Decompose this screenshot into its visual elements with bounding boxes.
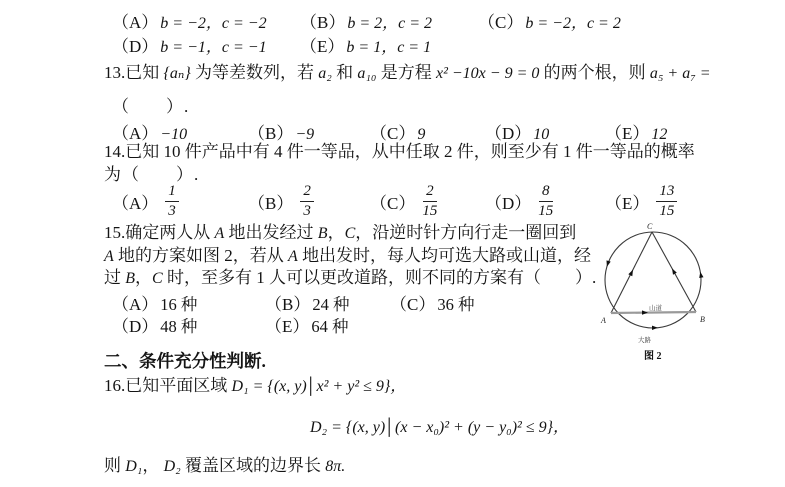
option-value: b = 2，c = 2 xyxy=(347,15,432,32)
vertex-b-label: B xyxy=(700,315,705,324)
stem-text: 确定两人从 xyxy=(125,223,214,242)
question-13-answer-blank: （ ）. xyxy=(112,96,189,118)
stem-text: ， xyxy=(142,456,163,475)
stem-math: A xyxy=(104,248,114,265)
option-label: （D） xyxy=(485,189,531,214)
direction-arrow xyxy=(628,270,633,276)
direction-arrow xyxy=(672,268,677,274)
stem-math: D₁ xyxy=(125,458,142,475)
fraction-denominator: 15 xyxy=(538,202,553,220)
option-label: （A） xyxy=(112,189,158,214)
stem-text: 是方程 xyxy=(376,63,436,82)
option-e: （E）1315 xyxy=(605,183,677,219)
option-b: （B）23 xyxy=(248,183,314,219)
option-d: （D）b = −1，c = −1 xyxy=(112,32,267,57)
question-number: 15. xyxy=(104,223,125,242)
option-value: 48 种 xyxy=(160,317,197,336)
stem-text: 为等差数列，若 xyxy=(191,63,319,82)
question-number: 14. xyxy=(104,142,125,161)
option-value: b = −2，c = −2 xyxy=(160,15,266,32)
stem-text: 地的方案如图 2，若从 xyxy=(114,246,288,265)
fraction-denominator: 15 xyxy=(422,202,437,220)
stem-text: 覆盖区域的边界长 xyxy=(181,456,326,475)
stem-text: 已知 10 件产品中有 4 件一等品，从中任取 2 件，则至少有 1 件一等品的… xyxy=(125,142,695,161)
stem-text: 过 xyxy=(104,268,125,287)
figure-caption: 图 2 xyxy=(644,349,662,362)
option-d: （D）815 xyxy=(485,183,553,219)
fraction-numerator: 8 xyxy=(539,183,553,202)
stem-math: D₂ = {(x, y)│(x − x₀)² + (y − y₀)² ≤ 9}， xyxy=(310,419,569,436)
stem-text: 和 xyxy=(332,63,358,82)
option-label: （C） xyxy=(478,13,523,32)
stem-math: B xyxy=(318,225,328,242)
stem-text: 的两个根，则 xyxy=(539,63,650,82)
option-label: （D） xyxy=(112,37,158,56)
fraction: 815 xyxy=(538,183,553,219)
option-label: （B） xyxy=(300,13,345,32)
stem-math: B xyxy=(125,270,135,287)
option-label: （E） xyxy=(265,317,309,336)
option-value: b = −1，c = −1 xyxy=(160,39,266,56)
stem-text: 地出发时，每人均可选大路或山道，经 xyxy=(298,246,591,265)
fraction: 23 xyxy=(300,183,314,219)
question-14-stem-line1: 14.已知 10 件产品中有 4 件一等品，从中任取 2 件，则至少有 1 件一… xyxy=(104,141,695,163)
direction-arrow xyxy=(642,310,648,314)
stem-math: x² −10x − 9 = 0 xyxy=(436,65,539,82)
stem-math: C xyxy=(152,270,163,287)
options-row-bc-1: （A）b = −2，c = −2 （B）b = 2，c = 2 （C）b = −… xyxy=(0,8,785,34)
option-e: （E）b = 1，c = 1 xyxy=(300,32,431,57)
question-16-conclusion: 则 D₁， D₂ 覆盖区域的边界长 8π. xyxy=(104,455,345,478)
stem-text: ，沿逆时针方向行走一圈回到 xyxy=(355,223,576,242)
option-b: （B）b = 2，c = 2 xyxy=(300,8,432,33)
options-row-bc-2: （D）b = −1，c = −1 （E）b = 1，c = 1 xyxy=(0,32,785,58)
route-figure-svg: C A B 山道 大路 图 2 xyxy=(594,220,752,366)
stem-math: D₁ = {(x, y)│x² + y² ≤ 9}， xyxy=(232,378,407,395)
stem-text: ， xyxy=(328,223,345,242)
vertex-c-label: C xyxy=(647,222,653,231)
stem-math: a₅ + a₇ = xyxy=(650,65,711,82)
inner-road-label: 山道 xyxy=(649,303,663,312)
section-2-title: 二、条件充分性判断. xyxy=(104,350,266,372)
fraction-denominator: 3 xyxy=(168,202,176,220)
stem-text: 时，至多有 1 人可以更改道路，则不同的方案有（ ）. xyxy=(163,268,597,287)
option-d: （D）48 种 xyxy=(112,312,197,337)
outer-road-label: 大路 xyxy=(638,335,652,344)
option-value: 64 种 xyxy=(311,317,348,336)
question-15-stem-line1: 15.确定两人从 A 地出发经过 B，C，沿逆时针方向行走一圈回到 xyxy=(104,222,576,245)
option-c: （C）215 xyxy=(370,183,437,219)
exam-page: （A）b = −2，c = −2 （B）b = 2，c = 2 （C）b = −… xyxy=(0,0,785,487)
question-number: 13. xyxy=(104,63,125,82)
option-label: （E） xyxy=(300,37,344,56)
direction-arrow xyxy=(699,272,703,278)
stem-math: D₂ xyxy=(164,458,181,475)
stem-text: 为（ ）. xyxy=(104,165,199,184)
question-number: 16. xyxy=(104,376,125,395)
vertex-a-label: A xyxy=(600,316,606,325)
option-c: （C）b = −2，c = 2 xyxy=(478,8,621,33)
option-label: （C） xyxy=(370,189,415,214)
route-figure: C A B 山道 大路 图 2 xyxy=(594,220,752,366)
option-value: b = −2，c = 2 xyxy=(525,15,621,32)
fraction: 13 xyxy=(165,183,179,219)
question-15-stem-line2: A 地的方案如图 2，若从 A 地出发时，每人均可选大路或山道，经 xyxy=(104,245,591,268)
question-15-stem-line3: 过 B，C 时，至多有 1 人可以更改道路，则不同的方案有（ ）. xyxy=(104,267,596,290)
stem-text: 已知 xyxy=(125,63,163,82)
option-e: （E）64 种 xyxy=(265,312,349,337)
question-14-options: （A）13 （B）23 （C）215 （D）815 （E）1315 xyxy=(0,183,785,223)
question-16-formula-d2: D₂ = {(x, y)│(x − x₀)² + (y − y₀)² ≤ 9}， xyxy=(310,416,569,439)
option-label: （E） xyxy=(605,189,649,214)
option-value: b = 1，c = 1 xyxy=(346,39,431,56)
stem-math: C xyxy=(345,225,356,242)
fraction: 215 xyxy=(422,183,437,219)
stem-text: 则 xyxy=(104,456,125,475)
fraction: 1315 xyxy=(656,183,677,219)
stem-math: a₂ xyxy=(318,65,332,82)
direction-arrow xyxy=(652,326,658,330)
stem-text: 已知平面区域 xyxy=(125,376,231,395)
stem-math: {aₙ} xyxy=(164,65,191,82)
stem-text: ， xyxy=(135,268,152,287)
stem-math: A xyxy=(215,225,225,242)
fraction-numerator: 2 xyxy=(300,183,314,202)
question-13-stem: 13.已知 {aₙ} 为等差数列，若 a₂ 和 a₁₀ 是方程 x² −10x … xyxy=(104,62,711,85)
option-label: （B） xyxy=(248,189,293,214)
stem-text: 地出发经过 xyxy=(224,223,318,242)
stem-math: a₁₀ xyxy=(357,65,376,82)
option-a: （A）13 xyxy=(112,183,179,219)
fraction-denominator: 15 xyxy=(659,202,674,220)
stem-math: A xyxy=(288,248,298,265)
fraction-numerator: 2 xyxy=(423,183,437,202)
option-label: （D） xyxy=(112,317,158,336)
option-a: （A）b = −2，c = −2 xyxy=(112,8,267,33)
fraction-denominator: 3 xyxy=(303,202,311,220)
chord-a-b xyxy=(611,312,696,313)
question-16-stem-line1: 16.已知平面区域 D₁ = {(x, y)│x² + y² ≤ 9}， xyxy=(104,375,406,398)
direction-arrow xyxy=(607,260,611,266)
fraction-numerator: 13 xyxy=(656,183,677,202)
fraction-numerator: 1 xyxy=(165,183,179,202)
option-label: （A） xyxy=(112,13,158,32)
stem-math: 8π. xyxy=(325,458,345,475)
